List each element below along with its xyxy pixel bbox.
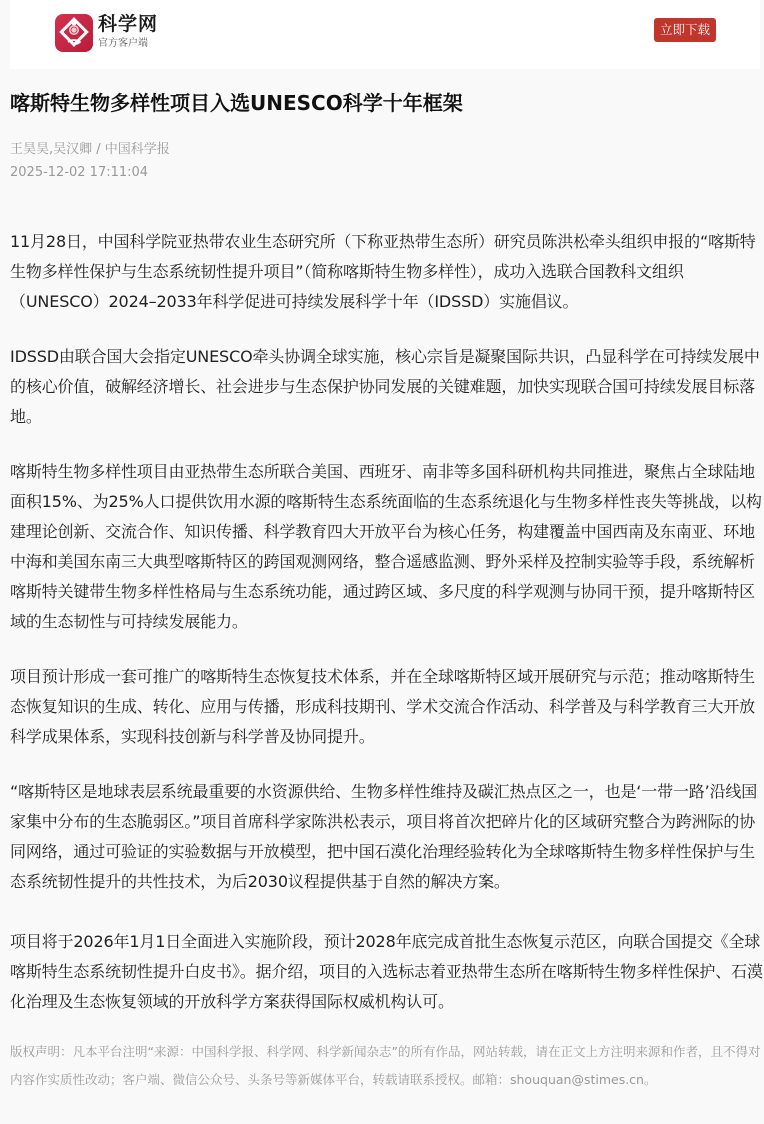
copyright-notice: 版权声明：凡本平台注明“来源：中国科学报、科学网、科学新闻杂志”的所有作品，网站… [10, 1038, 764, 1094]
article-paragraph: 项目将于2026年1月1日全面进入实施阶段，预计2028年底完成首批生态恢复示范… [10, 927, 764, 1017]
article-title: 喀斯特生物多样性项目入选UNESCO科学十年框架 [10, 88, 762, 118]
article-authors-source: 王昊昊,吴汉卿 / 中国科学报 [10, 141, 170, 159]
article-paragraph: 项目预计形成一套可推广的喀斯特生态恢复技术体系，并在全球喀斯特区域开展研究与示范… [10, 662, 764, 752]
article-paragraph: 喀斯特生物多样性项目由亚热带生态所联合美国、西班牙、南非等多国科研机构共同推进，… [10, 457, 764, 637]
download-app-button[interactable]: 立即下载 [654, 18, 716, 42]
article-paragraph: IDSSD由联合国大会指定UNESCO牵头协调全球实施，核心宗旨是凝聚国际共识，… [10, 342, 764, 432]
brand-name: 科学网 [98, 12, 158, 36]
article-datetime: 2025-12-02 17:11:04 [10, 164, 148, 182]
brand-subtitle: 官方客户端 [98, 38, 148, 50]
article-paragraph: 11月28日，中国科学院亚热带农业生态研究所（下称亚热带生态所）研究员陈洪松牵头… [10, 227, 764, 317]
app-download-banner: 科学网 官方客户端 立即下载 [10, 0, 760, 69]
sciencenet-logo-icon [55, 14, 93, 52]
article-paragraph: “喀斯特区是地球表层系统最重要的水资源供给、生物多样性维持及碳汇热点区之一，也是… [10, 777, 764, 897]
